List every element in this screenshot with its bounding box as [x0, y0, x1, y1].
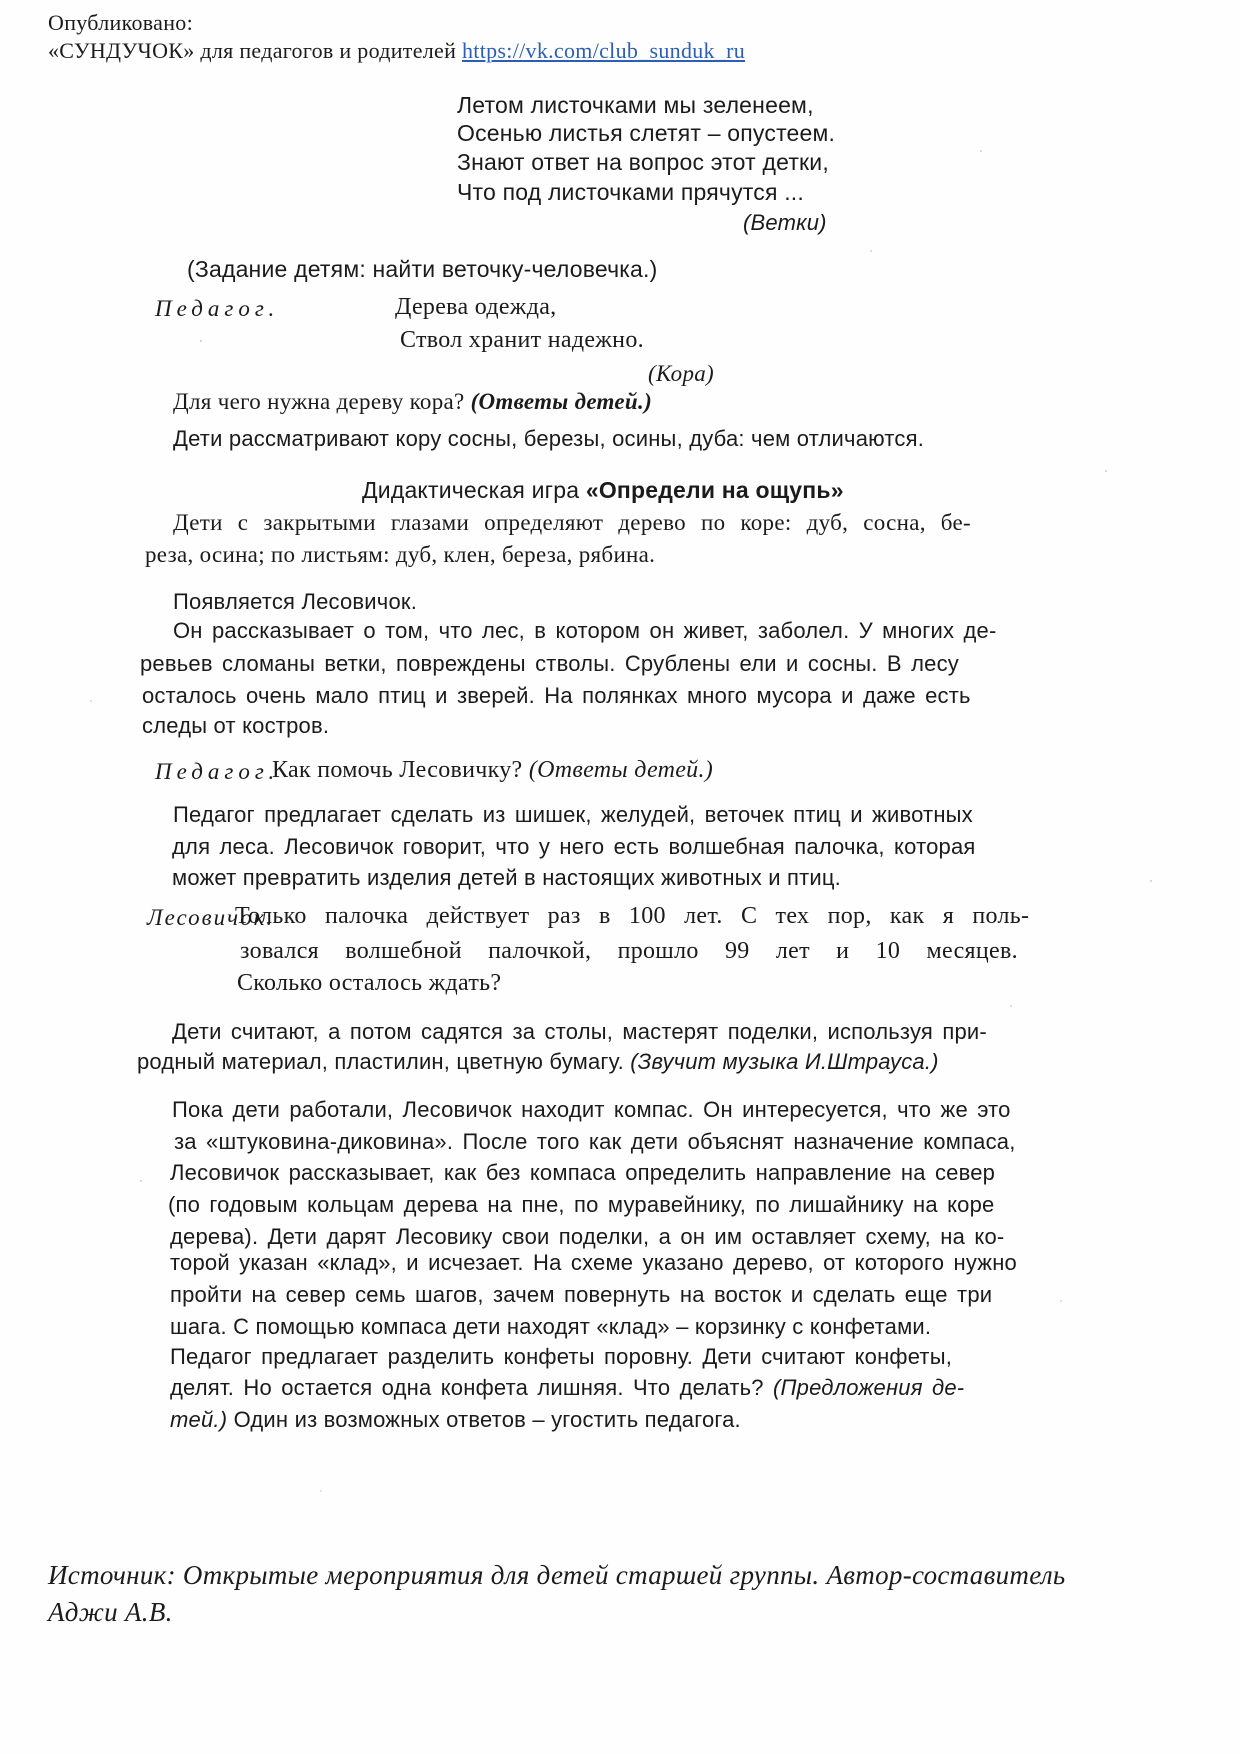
- paragraph-line: Педагог предлагает разделить конфеты пор…: [170, 1344, 952, 1370]
- riddle-line-2: Ствол хранит надежно.: [400, 326, 644, 354]
- vk-link[interactable]: https://vk.com/club_sunduk_ru: [462, 38, 745, 63]
- source-line-1-text-0: Источник: Открытые мероприятия для детей…: [48, 1560, 1066, 1590]
- game-title: Дидактическая игра «Определи на ощупь»: [362, 477, 844, 504]
- paragraph-line-text-0: за «штуковина-диковина». После того как …: [174, 1129, 1016, 1154]
- paragraph-line: ревьев сломаны ветки, повреждены стволы.…: [140, 651, 959, 677]
- paragraph-line: за «штуковина-диковина». После того как …: [174, 1129, 1016, 1155]
- scanned-document-page: Опубликовано:«СУНДУЧОК» для педагогов и …: [0, 0, 1240, 1754]
- speech-line-text-0: Только палочка действует раз в 100 лет. …: [235, 903, 1029, 929]
- header-community-line: «СУНДУЧОК» для педагогов и родителей htt…: [48, 38, 745, 64]
- poem-line-2: Осенью листья слетят – опустеем.: [457, 120, 835, 147]
- paragraph-line-text-0: может превратить изделия детей в настоящ…: [172, 865, 841, 890]
- source-line-2-text-0: Аджи А.В.: [48, 1597, 173, 1627]
- paragraph-line: Он рассказывает о том, что лес, в которо…: [173, 618, 997, 644]
- paragraph-line: Лесовичок рассказывает, как без компаса …: [170, 1160, 995, 1186]
- speech-line: Только палочка действует раз в 100 лет. …: [235, 902, 1029, 930]
- speaker-pedagog-label-text-0: Педагог.: [155, 759, 279, 784]
- poem-answer-text-0: (Ветки): [743, 210, 827, 235]
- poem-line-3: Знают ответ на вопрос этот детки,: [457, 149, 829, 176]
- paragraph-line-text-0: Лесовичок рассказывает, как без компаса …: [170, 1160, 995, 1185]
- poem-line-3-text-0: Знают ответ на вопрос этот детки,: [457, 149, 829, 175]
- paragraph-line-text-0: Педагог предлагает сделать из шишек, жел…: [173, 802, 973, 827]
- paragraph-line-text-0: осталось очень мало птиц и зверей. На по…: [142, 683, 971, 708]
- paragraph-line-text-0: дерева). Дети дарят Лесовику свои поделк…: [170, 1224, 1004, 1249]
- poem-answer: (Ветки): [743, 210, 827, 236]
- paragraph-line: Дети считают, а потом садятся за столы, …: [172, 1019, 987, 1045]
- poem-line-4-text-0: Что под листочками прячутся ...: [457, 179, 804, 205]
- paragraph-line: Педагог предлагает сделать из шишек, жел…: [173, 802, 973, 828]
- paragraph-line-text-1: Один из возможных ответов – угостить пед…: [234, 1407, 741, 1432]
- riddle-line-2-text-0: Ствол хранит надежно.: [400, 327, 644, 353]
- game-desc-line-1-text-0: Дети с закрытыми глазами определяют дере…: [173, 510, 971, 535]
- paragraph-line-text-0: Пока дети работали, Лесовичок находит ко…: [172, 1097, 1011, 1122]
- paragraph-line-text-0: родный материал, пластилин, цветную бума…: [137, 1049, 630, 1074]
- header-published-label: Опубликовано:: [48, 10, 193, 36]
- riddle-line-1: Дерева одежда,: [395, 293, 556, 321]
- source-line-1: Источник: Открытые мероприятия для детей…: [48, 1560, 1066, 1592]
- riddle-answer: (Кора): [648, 360, 714, 387]
- scan-noise: [0, 0, 2, 2]
- paragraph-line: осталось очень мало птиц и зверей. На по…: [142, 683, 971, 709]
- paragraph-line-text-0: пройти на север семь шагов, зачем поверн…: [170, 1282, 992, 1307]
- paragraph-line-text-0: торой указан «клад», и исчезает. На схем…: [170, 1250, 1017, 1275]
- speech-line-text-0: Сколько осталось ждать?: [237, 970, 501, 996]
- game-title-text-0: Дидактическая игра: [362, 477, 586, 503]
- paragraph-line-text-0: (по годовым кольцам дерева на пне, по му…: [168, 1192, 994, 1217]
- paragraph-line: шага. С помощью компаса дети находят «кл…: [170, 1314, 931, 1340]
- source-line-2: Аджи А.В.: [48, 1597, 173, 1629]
- paragraph-line: делят. Но остается одна конфета лишняя. …: [170, 1375, 964, 1401]
- paragraph-line-text-0: Появляется Лесовичок.: [173, 589, 417, 614]
- game-desc-line-2: реза, осина; по листьям: дуб, клен, бере…: [145, 541, 655, 568]
- task-note: (Задание детям: найти веточку-человечка.…: [187, 256, 658, 283]
- paragraph-line: тей.) Один из возможных ответов – угости…: [170, 1407, 741, 1433]
- poem-line-1: Летом листочками мы зеленеем,: [457, 92, 814, 119]
- paragraph-line: может превратить изделия детей в настоящ…: [172, 865, 841, 891]
- pedagog-question-line-text-0: Как помочь Лесовичку?: [272, 757, 529, 783]
- paragraph-line-text-0: ревьев сломаны ветки, повреждены стволы.…: [140, 651, 959, 676]
- paragraph-line: (по годовым кольцам дерева на пне, по му…: [168, 1192, 994, 1218]
- game-desc-line-1: Дети с закрытыми глазами определяют дере…: [173, 509, 971, 536]
- paragraph-line: родный материал, пластилин, цветную бума…: [137, 1049, 939, 1075]
- question-line: Для чего нужна дереву кора? (Ответы дете…: [173, 388, 652, 415]
- paragraph-line-text-0: делят. Но остается одна конфета лишняя. …: [170, 1375, 773, 1400]
- game-title-text-1: «Определи на ощупь»: [586, 477, 844, 503]
- paragraph-line-text-0: для леса. Лесовичок говорит, что у него …: [172, 834, 976, 859]
- paragraph-line: следы от костров.: [142, 713, 329, 739]
- speech-line: зовался волшебной палочкой, прошло 99 ле…: [240, 937, 1018, 965]
- poem-line-4: Что под листочками прячутся ...: [457, 179, 804, 206]
- paragraph-line-text-0: Он рассказывает о том, что лес, в которо…: [173, 618, 997, 643]
- activity-line: Дети рассматривают кору сосны, березы, о…: [173, 426, 924, 452]
- paragraph-line-text-0: тей.): [170, 1407, 234, 1432]
- speaker-pedagog-label: Педагог.: [155, 758, 279, 785]
- paragraph-line-text-0: Дети считают, а потом садятся за столы, …: [172, 1019, 987, 1044]
- paragraph-line: Появляется Лесовичок.: [173, 589, 417, 615]
- game-desc-line-2-text-0: реза, осина; по листьям: дуб, клен, бере…: [145, 542, 655, 567]
- paragraph-line: пройти на север семь шагов, зачем поверн…: [170, 1282, 992, 1308]
- speaker-pedagog-label-text-0: Педагог.: [155, 296, 279, 321]
- poem-line-2-text-0: Осенью листья слетят – опустеем.: [457, 120, 835, 146]
- riddle-line-1-text-0: Дерева одежда,: [395, 294, 556, 320]
- question-line-text-1: (Ответы детей.): [471, 389, 652, 414]
- poem-line-1-text-0: Летом листочками мы зеленеем,: [457, 92, 814, 118]
- paragraph-line-text-0: Педагог предлагает разделить конфеты пор…: [170, 1344, 952, 1369]
- activity-line-text-0: Дети рассматривают кору сосны, березы, о…: [173, 426, 924, 451]
- paragraph-line: Пока дети работали, Лесовичок находит ко…: [172, 1097, 1011, 1123]
- pedagog-question-line: Как помочь Лесовичку? (Ответы детей.): [272, 756, 713, 784]
- paragraph-line-text-1: (Звучит музыка И.Штрауса.): [630, 1049, 938, 1074]
- paragraph-line: торой указан «клад», и исчезает. На схем…: [170, 1250, 1017, 1276]
- task-note-text-0: (Задание детям: найти веточку-человечка.…: [187, 256, 658, 282]
- question-line-text-0: Для чего нужна дереву кора?: [173, 389, 471, 414]
- header-published-label-text-0: Опубликовано:: [48, 10, 193, 35]
- speech-line: Сколько осталось ждать?: [237, 969, 501, 997]
- paragraph-line-text-0: шага. С помощью компаса дети находят «кл…: [170, 1314, 931, 1339]
- riddle-answer-text-0: (Кора): [648, 361, 714, 386]
- paragraph-line: дерева). Дети дарят Лесовику свои поделк…: [170, 1224, 1004, 1250]
- pedagog-question-line-text-1: (Ответы детей.): [529, 757, 713, 783]
- paragraph-line: для леса. Лесовичок говорит, что у него …: [172, 834, 976, 860]
- paragraph-line-text-1: (Предложения де-: [773, 1375, 964, 1400]
- header-community-line-text-0: «СУНДУЧОК» для педагогов и родителей: [48, 38, 462, 63]
- speech-line-text-0: зовался волшебной палочкой, прошло 99 ле…: [240, 938, 1018, 964]
- paragraph-line-text-0: следы от костров.: [142, 713, 329, 738]
- speaker-pedagog-label: Педагог.: [155, 295, 279, 322]
